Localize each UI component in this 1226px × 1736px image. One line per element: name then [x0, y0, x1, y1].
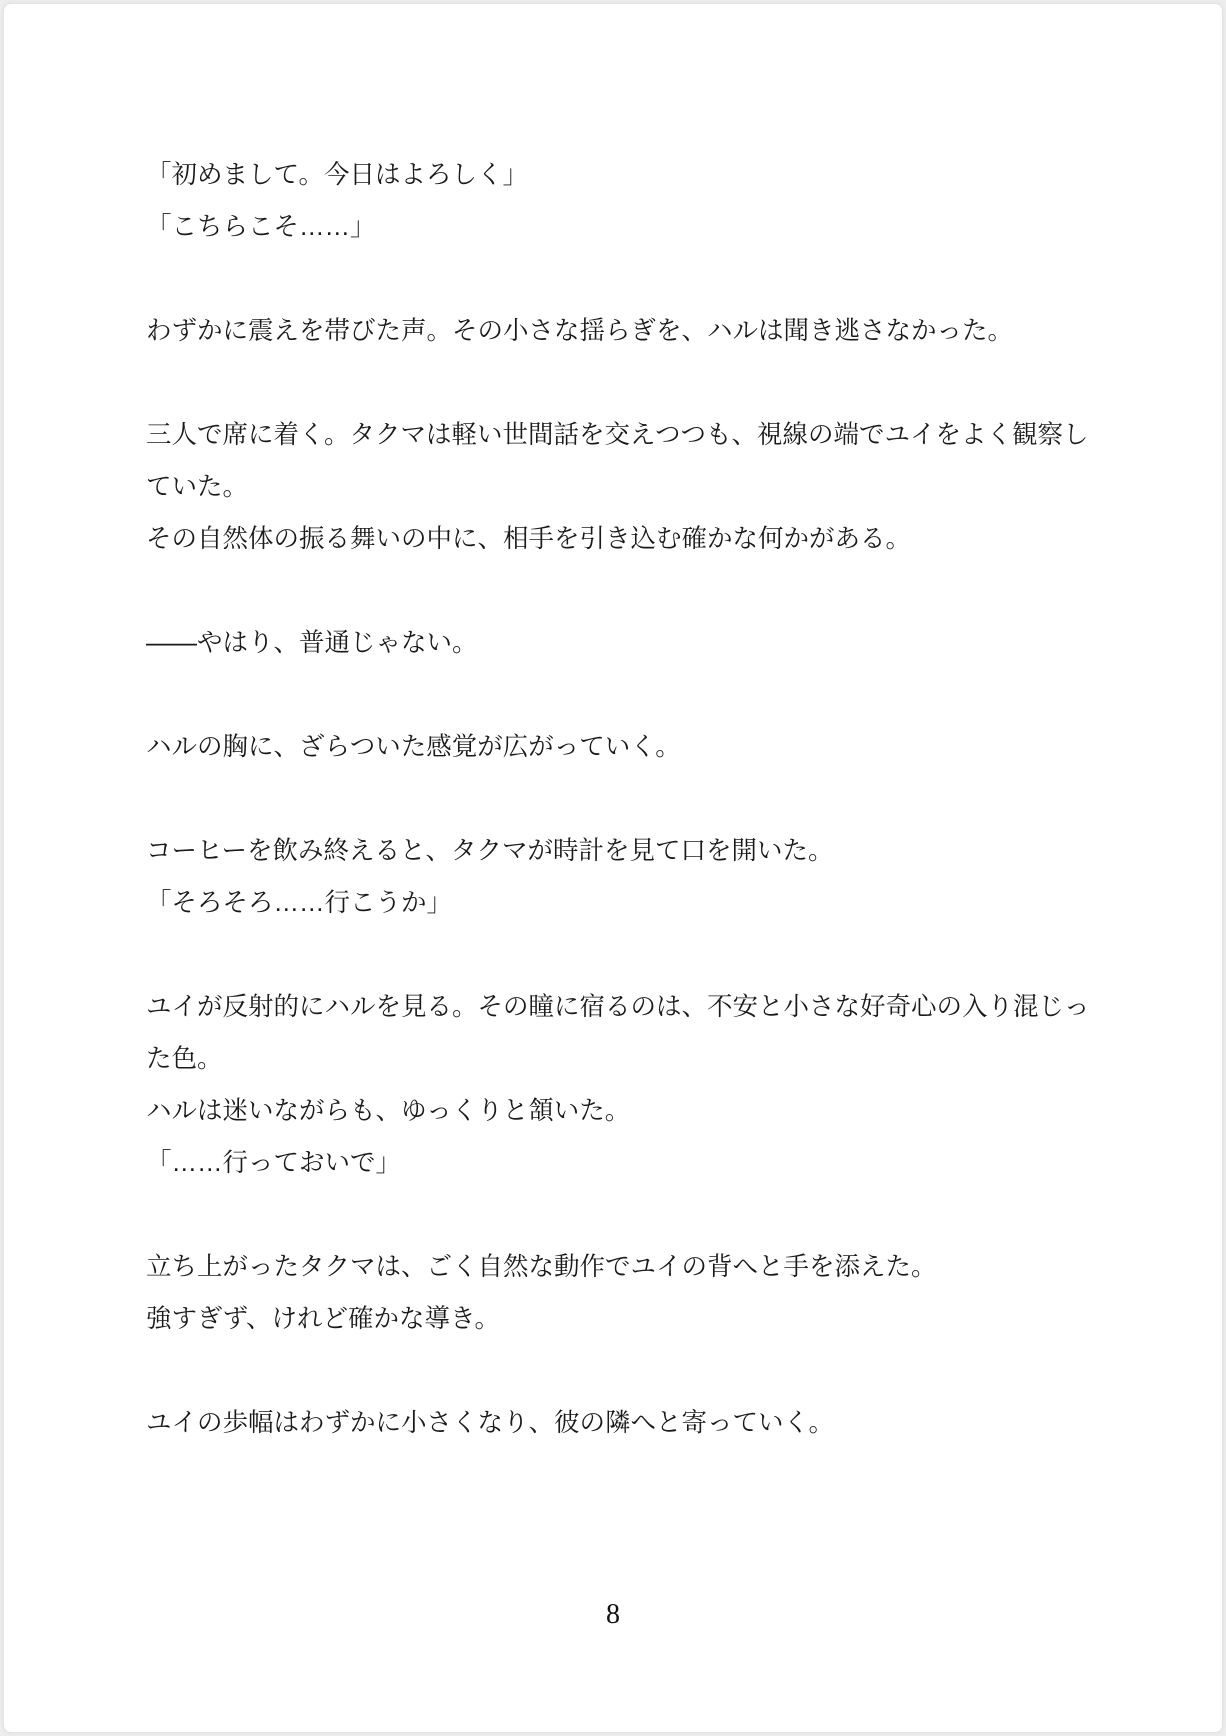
paragraph: ハルの胸に、ざらついた感覚が広がっていく。	[146, 721, 1106, 773]
text-line: 三人で席に着く。タクマは軽い世間話を交えつつも、視線の端でユイをよく観察し	[146, 409, 1106, 461]
text-line: ユイが反射的にハルを見る。その瞳に宿るのは、不安と小さな好奇心の入り混じっ	[146, 981, 1106, 1033]
text-line: ていた。	[146, 461, 1106, 513]
text-line: ハルは迷いながらも、ゆっくりと頷いた。	[146, 1085, 1106, 1137]
text-line: 立ち上がったタクマは、ごく自然な動作でユイの背へと手を添えた。	[146, 1241, 1106, 1293]
text-line: 「初めまして。今日はよろしく」	[146, 149, 1106, 201]
paragraph: ユイの歩幅はわずかに小さくなり、彼の隣へと寄っていく。	[146, 1397, 1106, 1449]
text-line: その自然体の振る舞いの中に、相手を引き込む確かな何かがある。	[146, 513, 1106, 565]
text-line: 強すぎず、けれど確かな導き。	[146, 1293, 1106, 1345]
text-line: ハルの胸に、ざらついた感覚が広がっていく。	[146, 721, 1106, 773]
paragraph: 「初めまして。今日はよろしく」「こちらこそ……」	[146, 149, 1106, 253]
text-line: コーヒーを飲み終えると、タクマが時計を見て口を開いた。	[146, 825, 1106, 877]
paragraph: 立ち上がったタクマは、ごく自然な動作でユイの背へと手を添えた。強すぎず、けれど確…	[146, 1241, 1106, 1345]
text-line: 「……行っておいで」	[146, 1137, 1106, 1189]
page-number: 8	[606, 1599, 620, 1630]
text-line: わずかに震えを帯びた声。その小さな揺らぎを、ハルは聞き逃さなかった。	[146, 305, 1106, 357]
document-viewport: 「初めまして。今日はよろしく」「こちらこそ……」わずかに震えを帯びた声。その小さ…	[0, 0, 1226, 1736]
manuscript-page: 「初めまして。今日はよろしく」「こちらこそ……」わずかに震えを帯びた声。その小さ…	[3, 3, 1223, 1733]
paragraph: ――やはり、普通じゃない。	[146, 617, 1106, 669]
paragraph: わずかに震えを帯びた声。その小さな揺らぎを、ハルは聞き逃さなかった。	[146, 305, 1106, 357]
text-line: ユイの歩幅はわずかに小さくなり、彼の隣へと寄っていく。	[146, 1397, 1106, 1449]
page-footer: 8	[4, 1599, 1222, 1631]
paragraph: ユイが反射的にハルを見る。その瞳に宿るのは、不安と小さな好奇心の入り混じった色。…	[146, 981, 1106, 1189]
text-line: ――やはり、普通じゃない。	[146, 617, 1106, 669]
text-line: 「そろそろ……行こうか」	[146, 877, 1106, 929]
text-line: た色。	[146, 1033, 1106, 1085]
paragraph: コーヒーを飲み終えると、タクマが時計を見て口を開いた。「そろそろ……行こうか」	[146, 825, 1106, 929]
paragraph: 三人で席に着く。タクマは軽い世間話を交えつつも、視線の端でユイをよく観察していた…	[146, 409, 1106, 565]
text-line: 「こちらこそ……」	[146, 201, 1106, 253]
document-body: 「初めまして。今日はよろしく」「こちらこそ……」わずかに震えを帯びた声。その小さ…	[146, 149, 1106, 1449]
